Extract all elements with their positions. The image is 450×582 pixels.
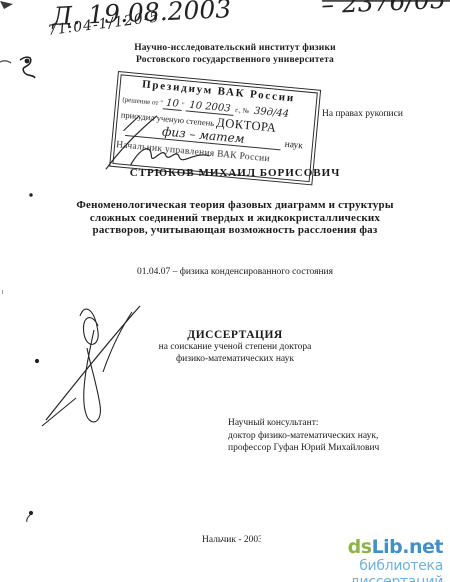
dslib-logo-libnet: Lib.net <box>372 536 443 558</box>
approval-signature <box>40 292 152 432</box>
city-year-clipped-digit: 3 <box>258 535 261 545</box>
footer-city-year: Нальчик - 2003 <box>202 535 261 545</box>
consultant-line3: профессор Гуфан Юрий Михайлович <box>228 442 379 455</box>
institute-line2: Ростовского государственного университет… <box>30 55 440 67</box>
dslib-logo-ds: ds <box>348 536 372 558</box>
scanned-dissertation-title-page: Д. 19.08.2003 – 2376/05 71:04-1/120-5 На… <box>0 0 450 582</box>
consultant-block: Научный консультант: доктор физико-матем… <box>228 417 379 455</box>
manuscript-note: На правах рукописи <box>322 109 403 119</box>
specialty-code: 01.04.07 – физика конденсированного сост… <box>30 267 440 277</box>
title-line-2: сложных соединений твердых и жидкокриста… <box>30 212 440 225</box>
consultant-line2: доктор физико-математических наук, <box>228 430 379 443</box>
dslib-watermark: dsLib.net библиотека диссертаций <box>268 524 450 582</box>
field-tail: наук <box>284 140 303 152</box>
consultant-label: Научный консультант: <box>228 417 379 430</box>
title-line-1: Феноменологическая теория фазовых диагра… <box>30 199 440 212</box>
decision-mid: " <box>181 101 185 109</box>
registry-code-number: – 2376/05 <box>321 0 446 19</box>
decision-day-handwritten: 10 <box>163 97 183 111</box>
institute-name: Научно-исследовательский институт физики… <box>30 43 440 66</box>
author-name: СТРЮКОВ МИХАИЛ БОРИСОВИЧ <box>30 167 440 179</box>
dslib-tagline: библиотека диссертаций <box>268 558 443 582</box>
dissertation-title: Феноменологическая теория фазовых диагра… <box>30 199 440 237</box>
city-year-text: Нальчик - 200 <box>202 535 258 545</box>
dslib-logo: dsLib.net <box>268 536 443 558</box>
institute-line1: Научно-исследовательский институт физики <box>30 43 440 55</box>
title-line-3: растворов, учитывающая возможность рассл… <box>30 224 440 237</box>
decision-post: г., № <box>235 106 250 115</box>
